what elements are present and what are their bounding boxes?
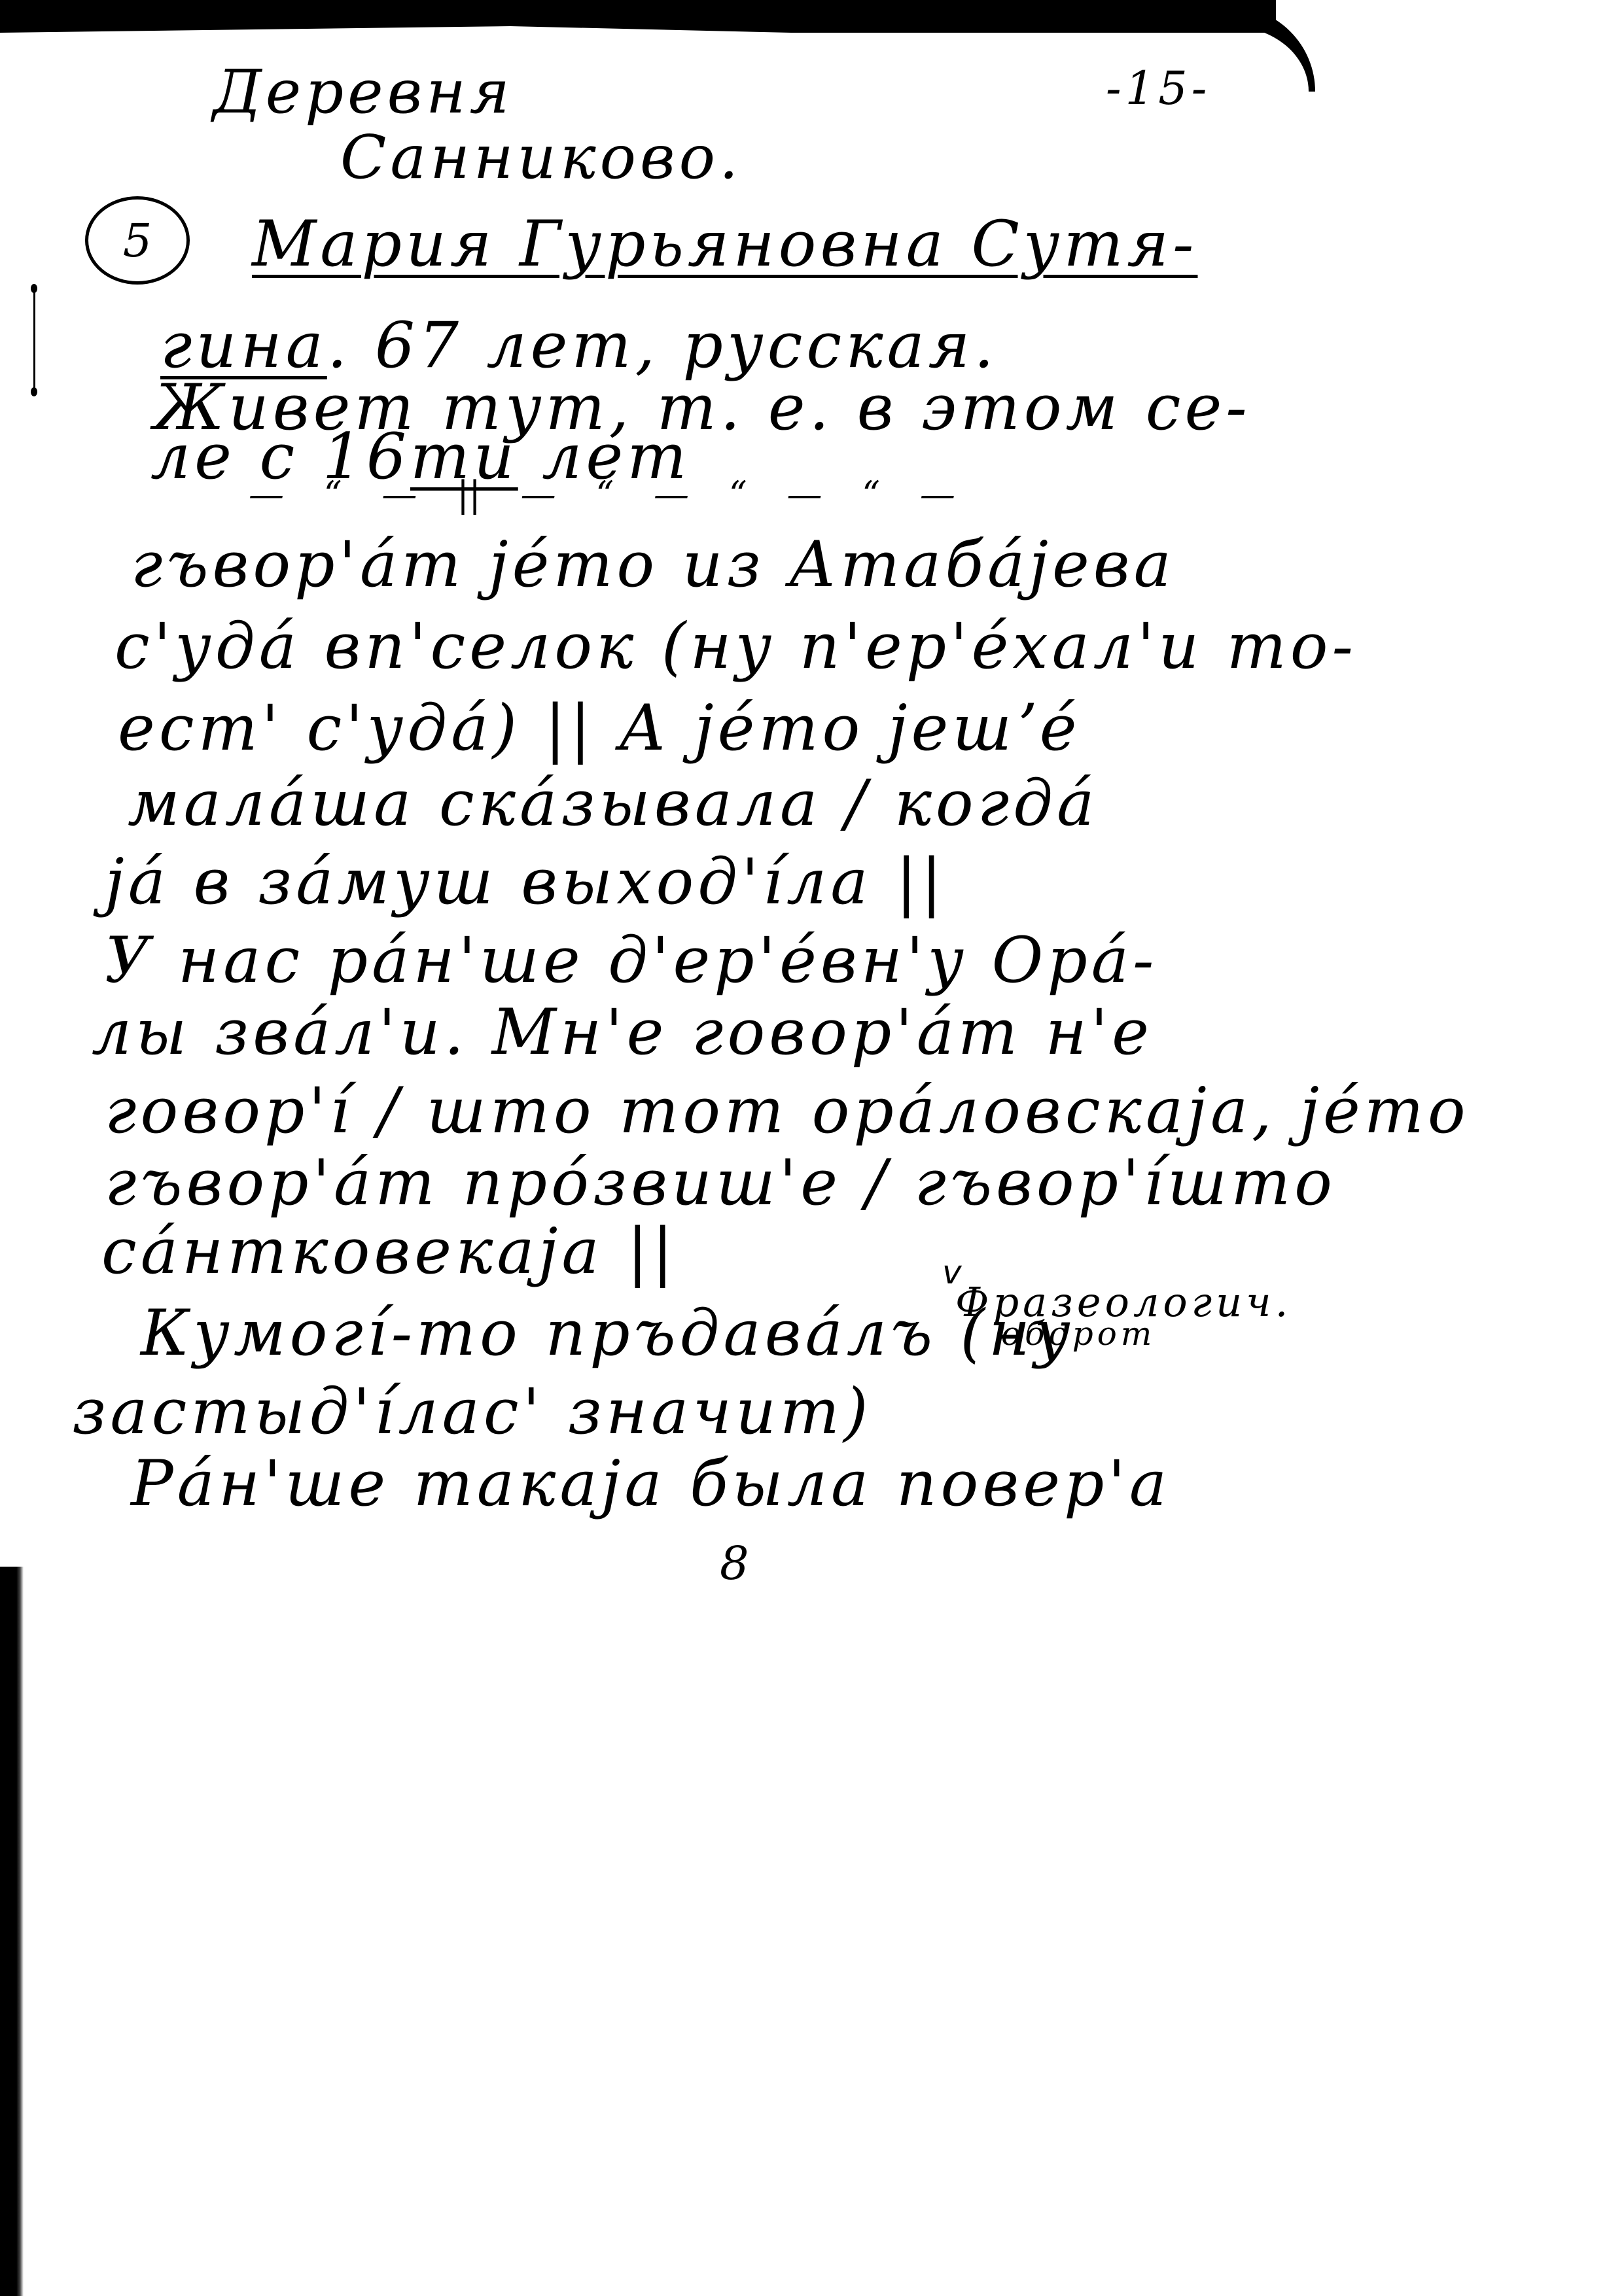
- text-line: Кумогí-то пръдавáлъ (ну: [141, 1302, 1074, 1365]
- header-village-name: Санниково.: [340, 128, 742, 188]
- sep: ||: [457, 474, 480, 515]
- text-line: У нас рáн'ше д'ер'éвн'у Орá-: [105, 929, 1157, 992]
- margin-bracket-mark: [33, 288, 35, 392]
- margin-note: Фразеологич. оборот: [955, 1282, 1292, 1350]
- scanned-page: Деревня -15- Санниково. 5 Мария Гурьянов…: [0, 0, 1607, 2296]
- text-line: гъвор'áт прóзвиш'е / гъвор'íшто: [105, 1151, 1336, 1214]
- text-line: говор'í / што тот орáловскаја, јéто: [105, 1079, 1470, 1142]
- sep: —: [249, 474, 284, 515]
- text-line: ест' с'удá) || А јéто јешʼé: [118, 697, 1081, 759]
- sep: “: [862, 474, 880, 515]
- informant-name-line1: Мария Гурьяновна Сутя-: [252, 213, 1197, 275]
- sep: —: [381, 474, 417, 515]
- text-line: лы звáл'и. Мн'е говор'áт н'е: [92, 1001, 1153, 1064]
- text-line: гъвор'áт јéто из Атабáјева: [131, 533, 1175, 596]
- sep: “: [729, 474, 747, 515]
- informant-index: 5: [123, 214, 152, 268]
- text-line: јá в зáмуш выход'íла ||: [105, 850, 946, 913]
- page-number: -15-: [1106, 65, 1210, 111]
- sep: —: [786, 474, 822, 515]
- sep: —: [521, 474, 556, 515]
- sheet-number: 8: [720, 1540, 753, 1586]
- scan-page-curl: [1230, 7, 1315, 92]
- header-village-label: Деревня: [213, 62, 514, 122]
- informant-name-line2: гина. 67 лет, русская.: [160, 314, 998, 377]
- section-separator: — “ — || — “ — “ — “ —: [249, 481, 955, 507]
- text-line: малáша скáзывала / когдá: [128, 772, 1098, 835]
- sep: —: [654, 474, 689, 515]
- scan-shadow-left: [0, 1567, 24, 2296]
- text-line: Рáн'ше такаја была повер'а: [131, 1452, 1171, 1515]
- informant-name: Мария Гурьяновна Сутя-: [252, 207, 1197, 281]
- scan-shadow-top: [0, 0, 1276, 33]
- sep: —: [920, 474, 955, 515]
- sep: “: [324, 474, 342, 515]
- sep: “: [596, 474, 614, 515]
- text-line: застыд'íлас' значит): [72, 1380, 872, 1443]
- informant-index-circle: 5: [85, 196, 190, 285]
- text-line: сáнтковекаја ||: [101, 1220, 677, 1283]
- text-line: с'удá вп'селок (ну п'ер'éхал'и то-: [115, 615, 1357, 678]
